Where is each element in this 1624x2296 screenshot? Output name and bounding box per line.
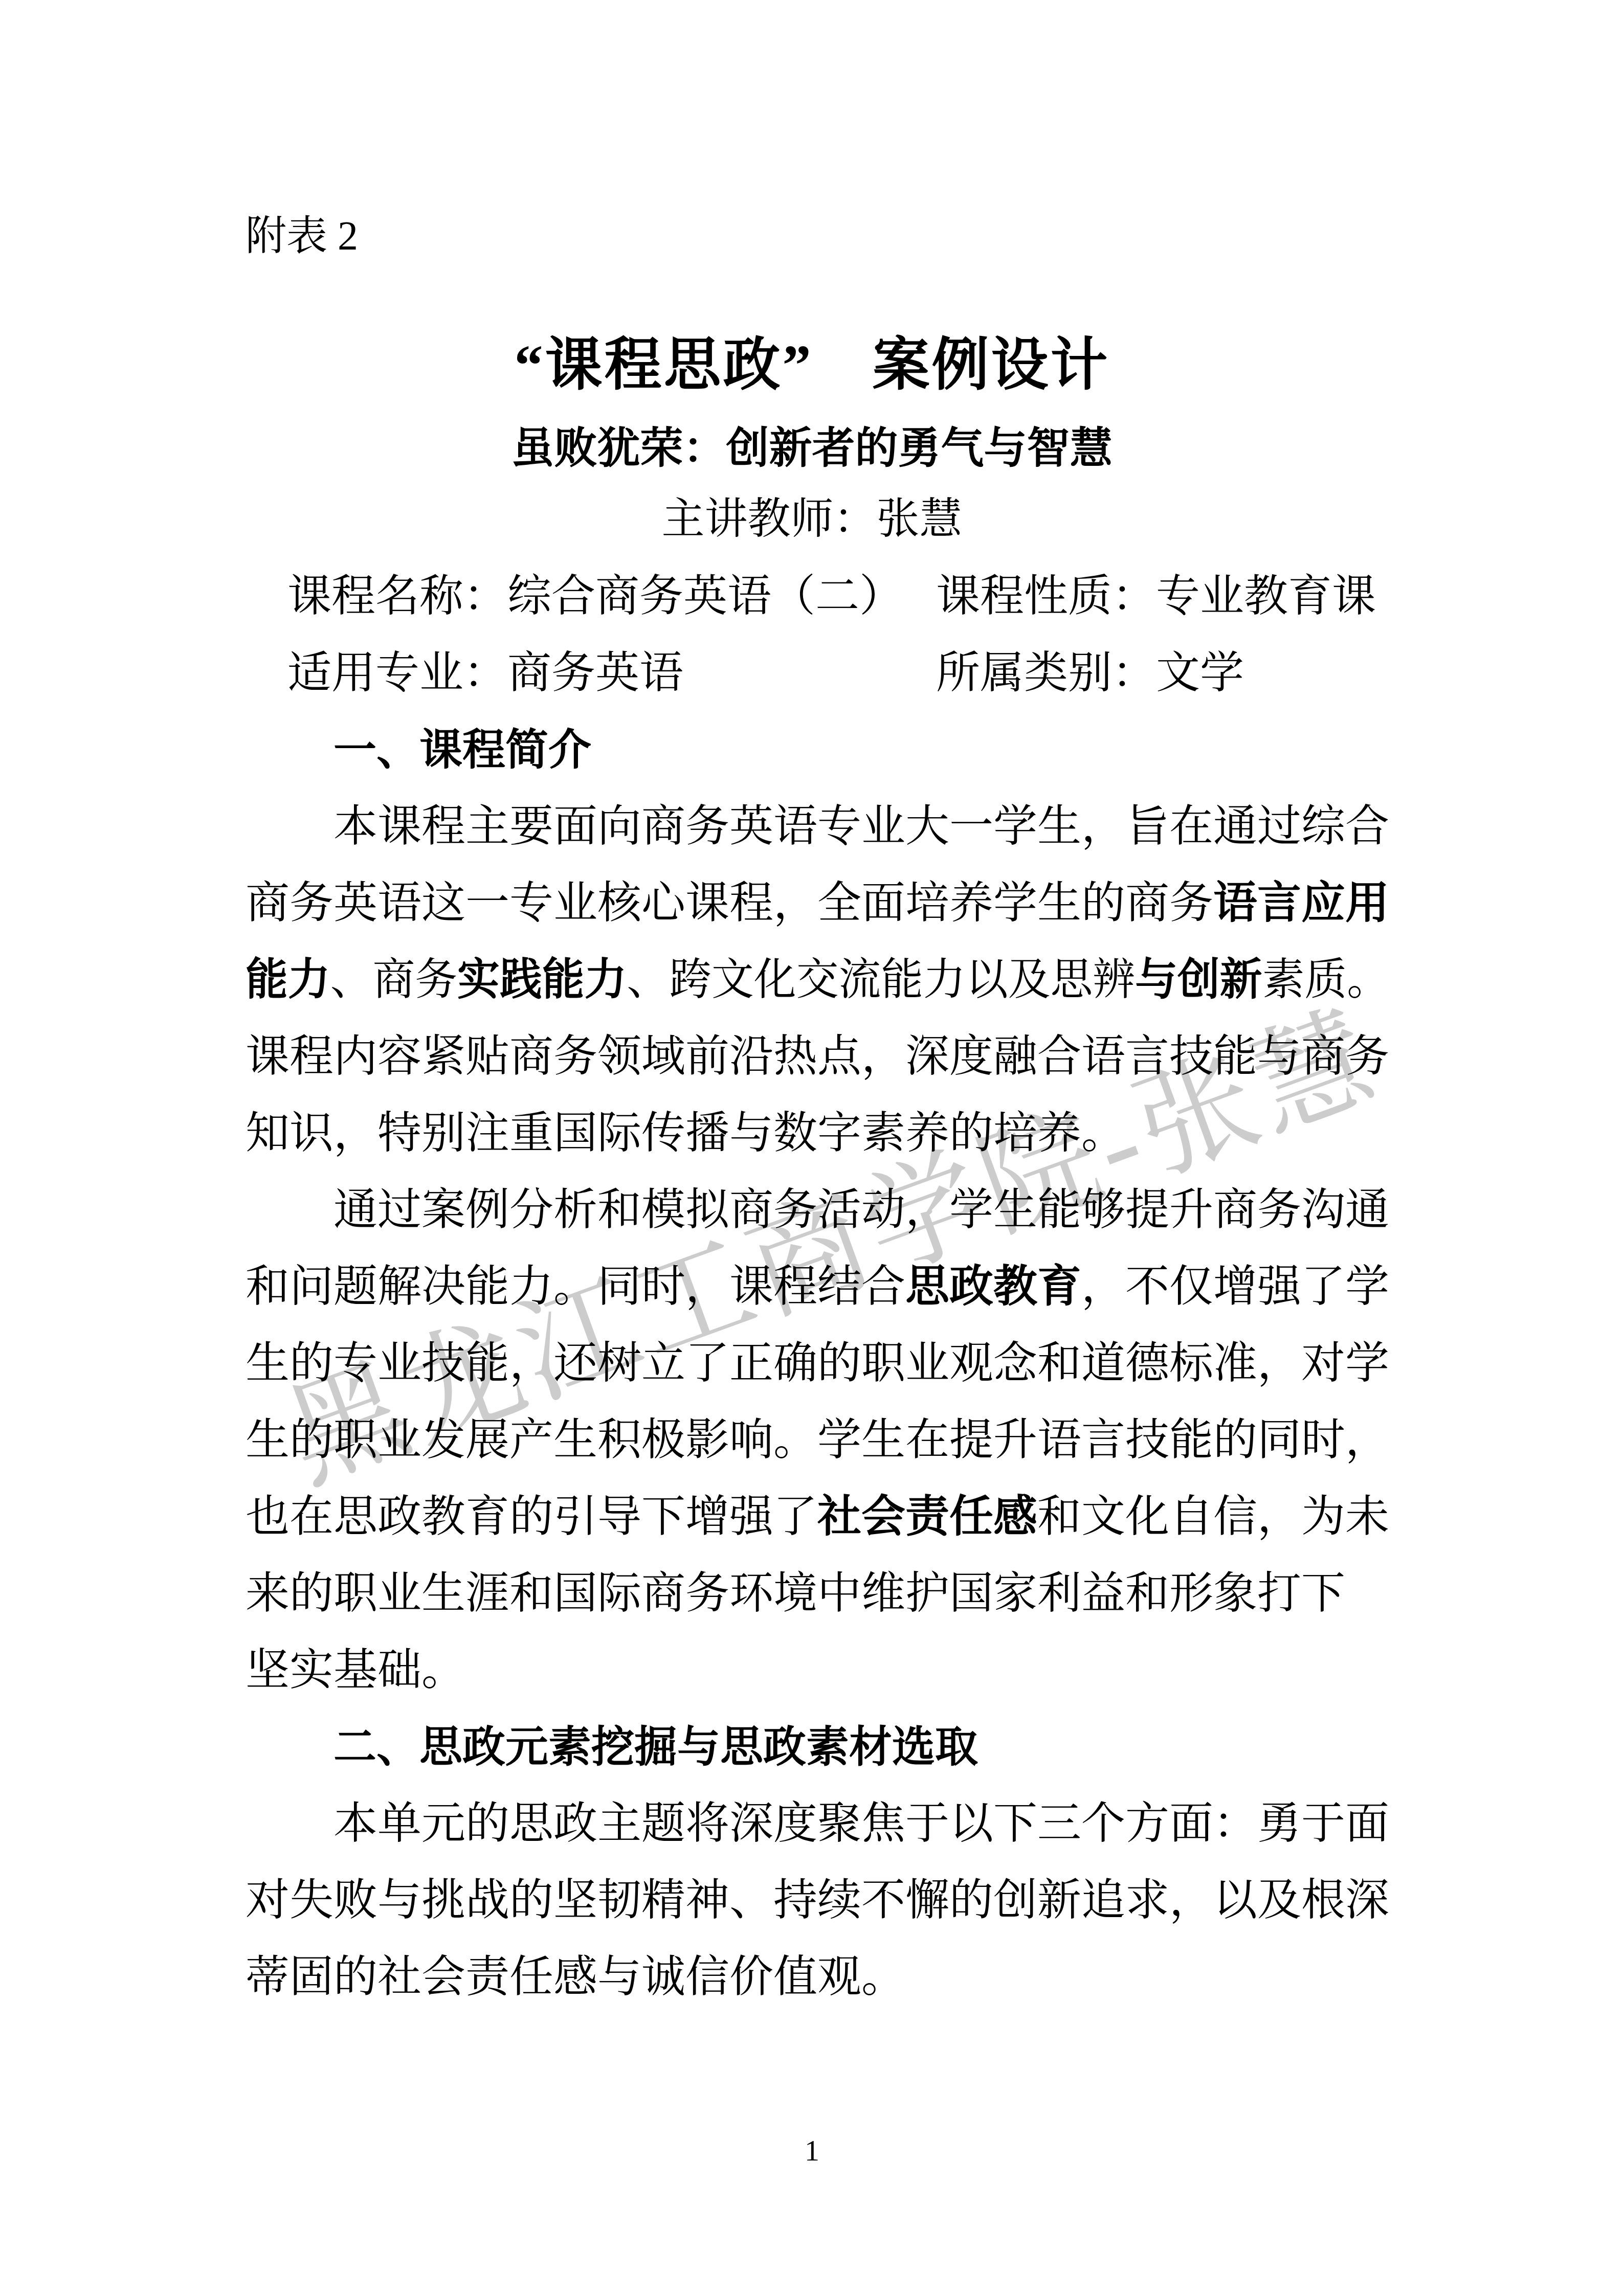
text-line: 课程内容紧贴商务领域前沿热点，深度融合语言技能与商务 xyxy=(246,1018,1389,1095)
text-segment: 一、课程简介 xyxy=(333,726,591,774)
text-line: 知识，特别注重国际传播与数字素养的培养。 xyxy=(246,1095,1389,1172)
meta-row-major: 适用专业：商务英语 所属类别：文学 xyxy=(246,635,1389,711)
text-segment: ，不仅增强了学 xyxy=(1081,1262,1389,1311)
text-segment: 和文化自信，为未 xyxy=(1037,1492,1389,1541)
text-segment: 生的专业技能，还树立了正确的职业观念和道德标准，对学 xyxy=(246,1339,1389,1388)
text-line: 生的专业技能，还树立了正确的职业观念和道德标准，对学 xyxy=(246,1325,1389,1402)
page-title: “课程思政” 案例设计 xyxy=(0,317,1624,414)
text-segment: 知识，特别注重国际传播与数字素养的培养。 xyxy=(246,1109,1125,1158)
page-number: 1 xyxy=(0,2125,1624,2176)
text-line: 蒂固的社会责任感与诚信价值观。 xyxy=(246,1939,1389,2015)
text-segment: 蒂固的社会责任感与诚信价值观。 xyxy=(246,1952,905,2001)
text-segment: 素质。 xyxy=(1262,955,1389,1004)
text-segment: 思政教育 xyxy=(905,1262,1081,1311)
major-field: 适用专业：商务英语 xyxy=(246,648,683,697)
lecturer-line: 主讲教师：张慧 xyxy=(0,481,1624,558)
section-heading: 一、课程简介 xyxy=(246,711,1389,788)
text-line: 也在思政教育的引导下增强了社会责任感和文化自信，为未 xyxy=(246,1478,1389,1555)
text-line: 生的职业发展产生积极影响。学生在提升语言技能的同时， xyxy=(246,1402,1389,1478)
category-field: 所属类别：文学 xyxy=(936,635,1244,711)
document-page: 黑龙江工商学院-张慧 附表 2 “课程思政” 案例设计 虽败犹荣：创新者的勇气与… xyxy=(0,0,1624,2296)
text-segment: 课程内容紧贴商务领域前沿热点，深度融合语言技能与商务 xyxy=(246,1032,1389,1081)
text-line: 坚实基础。 xyxy=(246,1632,1389,1708)
text-segment: 社会责任感 xyxy=(817,1492,1037,1541)
text-segment: 对失败与挑战的坚韧精神、持续不懈的创新追求，以及根深 xyxy=(246,1876,1389,1925)
text-line: 对失败与挑战的坚韧精神、持续不懈的创新追求，以及根深 xyxy=(246,1862,1389,1939)
text-segment: 也在思政教育的引导下增强了 xyxy=(246,1492,817,1541)
page-subtitle: 虽败犹荣：创新者的勇气与智慧 xyxy=(0,411,1624,487)
text-line: 能力、商务实践能力、跨文化交流能力以及思辨与创新素质。 xyxy=(246,941,1347,1018)
text-line: 来的职业生涯和国际商务环境中维护国家利益和形象打下 xyxy=(246,1555,1389,1632)
text-line: 本课程主要面向商务英语专业大一学生，旨在通过综合 xyxy=(246,788,1389,865)
text-segment: 商务英语这一专业核心课程，全面培养学生的商务 xyxy=(246,879,1213,928)
text-segment: 能力 xyxy=(246,955,330,1004)
meta-row-course: 课程名称：综合商务英语（二） 课程性质：专业教育课 xyxy=(246,558,1389,635)
course-name-field: 课程名称：综合商务英语（二） xyxy=(246,572,903,621)
text-segment: 与创新 xyxy=(1135,955,1262,1004)
text-line: 通过案例分析和模拟商务活动，学生能够提升商务沟通 xyxy=(246,1172,1389,1248)
text-segment: 来的职业生涯和国际商务环境中维护国家利益和形象打下 xyxy=(246,1569,1345,1618)
text-segment: 和问题解决能力。同时，课程结合 xyxy=(246,1262,905,1311)
text-segment: 本单元的思政主题将深度聚焦于以下三个方面：勇于面 xyxy=(333,1799,1389,1848)
text-segment: 本课程主要面向商务英语专业大一学生，旨在通过综合 xyxy=(333,802,1389,851)
text-segment: 坚实基础。 xyxy=(246,1646,465,1695)
text-line: 商务英语这一专业核心课程，全面培养学生的商务语言应用 xyxy=(246,865,1389,941)
text-line: 本单元的思政主题将深度聚焦于以下三个方面：勇于面 xyxy=(246,1785,1389,1862)
course-nature-field: 课程性质：专业教育课 xyxy=(936,558,1376,635)
text-segment: 、商务 xyxy=(330,955,457,1004)
text-line: 和问题解决能力。同时，课程结合思政教育，不仅增强了学 xyxy=(246,1248,1389,1325)
text-segment: 语言应用 xyxy=(1213,879,1389,928)
section-heading: 二、思政元素挖掘与思政素材选取 xyxy=(246,1708,1389,1785)
text-segment: 二、思政元素挖掘与思政素材选取 xyxy=(333,1723,978,1771)
text-segment: 通过案例分析和模拟商务活动，学生能够提升商务沟通 xyxy=(333,1185,1389,1234)
text-segment: 、跨文化交流能力以及思辨 xyxy=(627,955,1135,1004)
text-segment: 生的职业发展产生积极影响。学生在提升语言技能的同时， xyxy=(246,1415,1389,1465)
form-label: 附表 2 xyxy=(246,211,358,262)
text-segment: 实践能力 xyxy=(457,955,627,1004)
document-body: 一、课程简介本课程主要面向商务英语专业大一学生，旨在通过综合商务英语这一专业核心… xyxy=(246,711,1389,2015)
